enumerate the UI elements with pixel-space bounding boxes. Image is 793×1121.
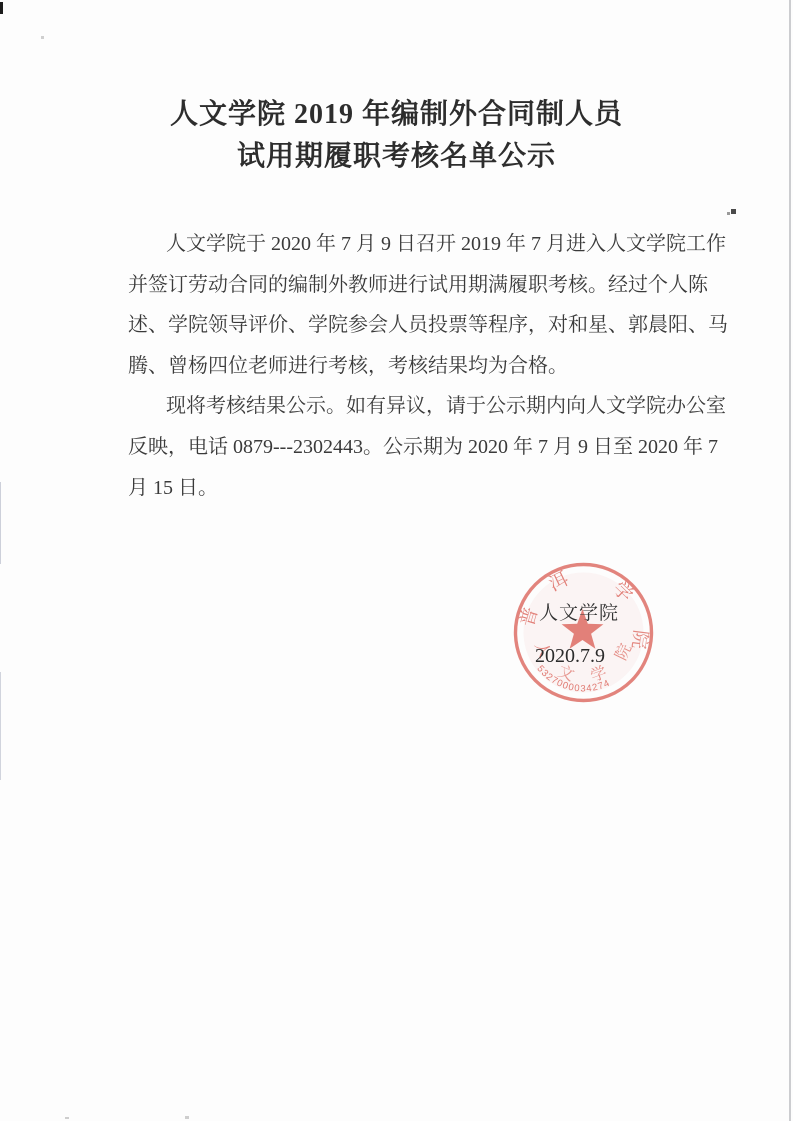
notice-body: 人文学院于 2020 年 7 月 9 日召开 2019 年 7 月进入人文学院工… xyxy=(128,224,718,508)
official-seal: 普 洱 学 院 人 文 学 院 5327000034274 xyxy=(511,562,656,704)
scan-speck xyxy=(65,1117,69,1119)
signature-date: 2020.7.9 xyxy=(535,645,605,668)
scan-speck xyxy=(185,1116,189,1119)
body-line: 述、学院领导评价、学院参会人员投票等程序，对和星、郭晨阳、马 xyxy=(128,305,718,346)
body-line: 月 15 日。 xyxy=(128,468,718,509)
scan-speck xyxy=(41,36,44,39)
body-line: 并签订劳动合同的编制外教师进行试用期满履职考核。经过个人陈 xyxy=(128,265,718,306)
body-line: 腾、曾杨四位老师进行考核，考核结果均为合格。 xyxy=(128,346,718,387)
signature-unit-name: 人文学院 xyxy=(539,598,619,625)
scan-edge-mark xyxy=(0,2,3,14)
scanned-notice-page: 人文学院 2019 年编制外合同制人员 试用期履职考核名单公示 人文学院于 20… xyxy=(0,0,793,1121)
body-line: 人文学院于 2020 年 7 月 9 日召开 2019 年 7 月进入人文学院工… xyxy=(128,224,718,265)
notice-title-line-1: 人文学院 2019 年编制外合同制人员 xyxy=(0,92,793,132)
body-line: 反映，电话 0879---2302443。公示期为 2020 年 7 月 9 日… xyxy=(128,427,718,468)
scan-edge-line xyxy=(789,0,791,1121)
scan-edge-line xyxy=(0,672,1,780)
scan-speck xyxy=(727,212,730,215)
notice-title-line-2: 试用期履职考核名单公示 xyxy=(0,134,793,174)
scan-edge-line xyxy=(0,482,1,564)
body-line: 现将考核结果公示。如有异议，请于公示期内向人文学院办公室 xyxy=(128,386,718,427)
scan-speck xyxy=(731,209,736,214)
